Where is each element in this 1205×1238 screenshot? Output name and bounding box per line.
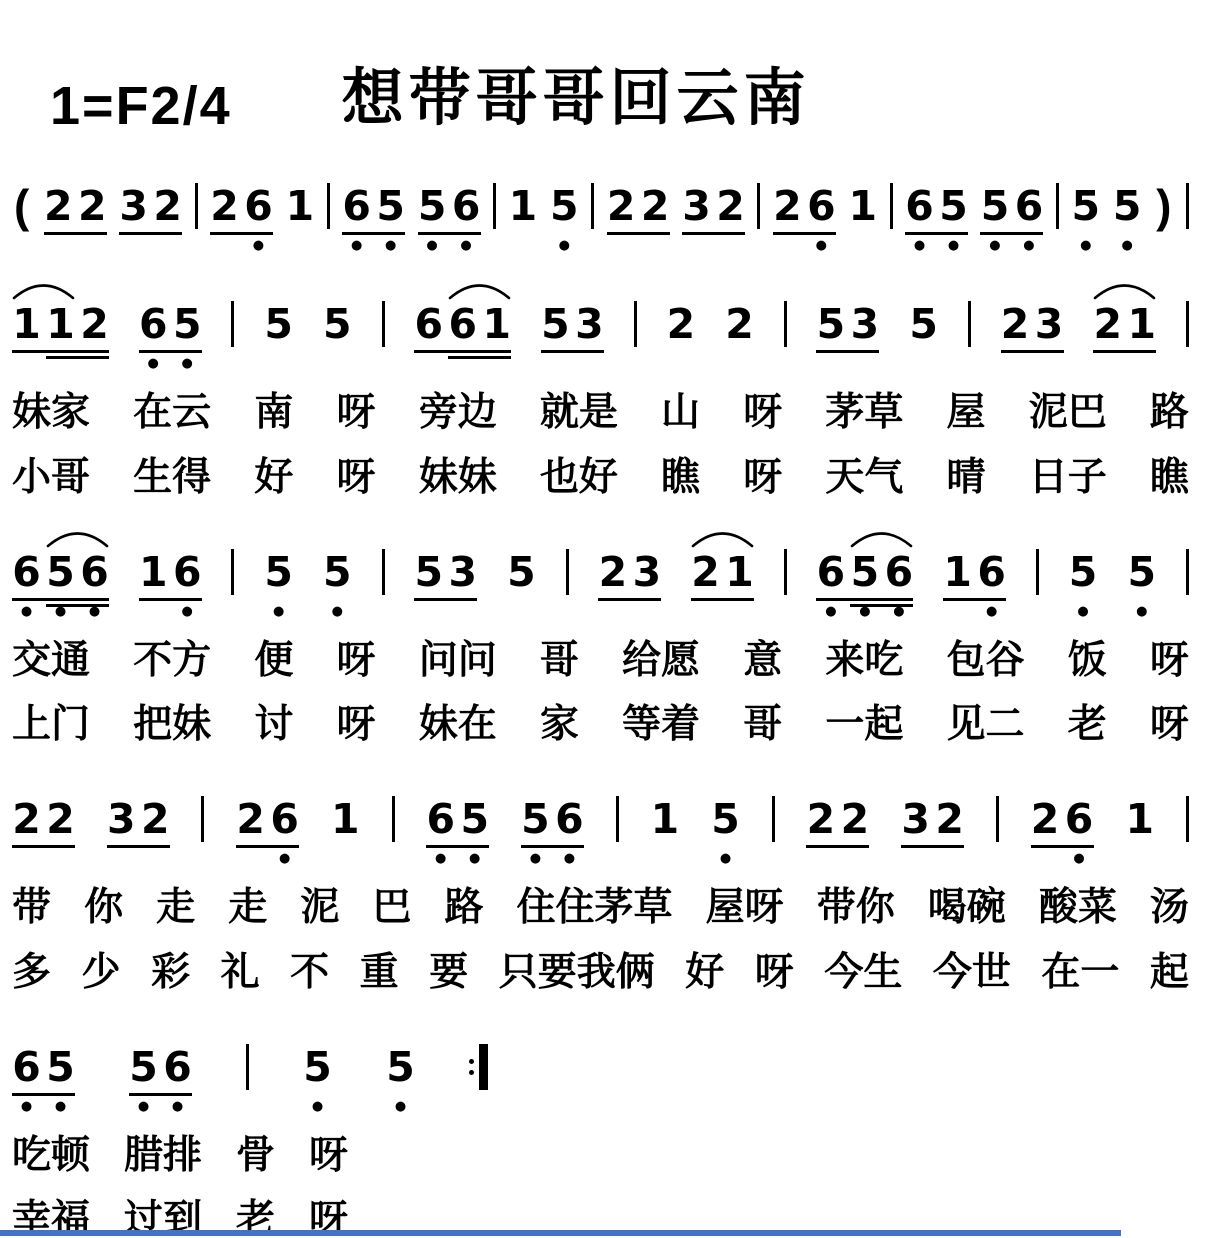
- lyric-word: 问问: [419, 637, 497, 686]
- note-digit: 3: [1035, 301, 1064, 347]
- note-digit: 5●: [386, 1044, 415, 1090]
- beam-underline: [44, 232, 107, 235]
- lyric-line: 多少彩礼不重要只要我俩好呀今生今世在一起: [12, 949, 1189, 998]
- slur-arc: [691, 529, 754, 549]
- lyric-word: 吃顿: [12, 1132, 90, 1181]
- note-digit: 6●: [555, 796, 584, 842]
- lyric-word: 你: [84, 884, 123, 933]
- barline: [566, 549, 569, 595]
- note-digit: 5●: [323, 549, 352, 595]
- lyric-word: 山: [661, 389, 700, 438]
- note-digit: 1: [650, 796, 679, 842]
- note-group: 26●: [236, 796, 299, 842]
- beam-underline: [129, 1093, 192, 1096]
- octave-dot: ●: [264, 605, 293, 618]
- lyric-word: 见二: [947, 701, 1025, 750]
- barline: [201, 796, 204, 842]
- beam-underline: [12, 845, 75, 848]
- lyric-word: 走: [156, 884, 195, 933]
- lyric-word: 来吃: [825, 637, 903, 686]
- octave-dot: ●: [173, 605, 202, 618]
- slur-arc: [46, 529, 109, 549]
- lyric-word: 小哥: [12, 454, 90, 503]
- music-line: 6●5●6●16●5●5●53523216●5●6●16●5●5●: [12, 549, 1189, 621]
- note-group: 5●6●: [129, 1044, 192, 1090]
- lyric-word: 呀: [337, 454, 376, 503]
- note-group: 26●: [1031, 796, 1094, 842]
- open-paren: (: [12, 183, 31, 229]
- octave-dot: ●: [1065, 852, 1094, 865]
- note-digit: 5●: [303, 1044, 332, 1090]
- lyric-word: 酸菜: [1039, 884, 1117, 933]
- lyric-word: 带你: [817, 884, 895, 933]
- close-paren: ): [1154, 183, 1173, 229]
- lyric-word: 哥: [743, 701, 782, 750]
- note-group: 1: [1125, 796, 1154, 842]
- music-line: (223226●16●5●5●6●15●223226●16●5●5●6●5●5●…: [12, 183, 1189, 255]
- note-group: 5: [507, 549, 536, 595]
- note-group: 5●: [386, 1044, 415, 1090]
- note-group: 6●5●6●: [12, 549, 109, 595]
- barline: [493, 183, 496, 229]
- note-digit: 5●: [46, 549, 75, 595]
- lyric-word: 一起: [825, 701, 903, 750]
- lyric-word: 泥: [300, 884, 339, 933]
- note-group: 1: [331, 796, 360, 842]
- beam-underline: [139, 598, 202, 601]
- barline: [1186, 183, 1189, 229]
- note-group: 22: [806, 796, 869, 842]
- note-digit: 2: [44, 183, 73, 229]
- lyric-word: 屋: [947, 389, 986, 438]
- note-digit: 5●: [264, 549, 293, 595]
- octave-dot: ●: [303, 1100, 332, 1113]
- note-group: 53: [414, 549, 477, 595]
- beam-underline: [816, 350, 879, 353]
- lyric-word: 汤: [1150, 884, 1189, 933]
- note-digit: 2: [153, 183, 182, 229]
- note-digit: 5●: [850, 549, 879, 595]
- beam-underline-2: [46, 356, 109, 359]
- note-digit: 2: [80, 301, 109, 347]
- lyric-line: 吃顿腊排骨呀: [12, 1132, 1189, 1181]
- note-digit: 3: [448, 549, 477, 595]
- note-digit: 5●: [980, 183, 1009, 229]
- lyric-word: 今生: [824, 949, 902, 998]
- barline: [616, 796, 619, 842]
- lyric-word: 便: [254, 637, 293, 686]
- note-digit: 5●: [939, 183, 968, 229]
- lyric-word: 多: [12, 949, 51, 998]
- note-group: 2: [666, 301, 695, 347]
- beam-underline: [418, 232, 481, 235]
- note-digit: 1: [12, 301, 41, 347]
- note-digit: 5: [414, 549, 443, 595]
- note-digit: 2: [773, 183, 802, 229]
- note-digit: 2: [236, 796, 265, 842]
- lyric-word: 呀: [337, 701, 376, 750]
- lyric-word: 带: [12, 884, 51, 933]
- barline: [382, 301, 385, 347]
- beam-underline: [12, 598, 109, 601]
- lyric-word: 只要我俩: [499, 949, 655, 998]
- note-group: 32: [901, 796, 964, 842]
- note-group: 5●: [550, 183, 579, 229]
- beam-underline-2: [850, 604, 913, 607]
- octave-dot: ●: [711, 852, 740, 865]
- beam-underline: [943, 598, 1006, 601]
- note-digit: 5: [909, 301, 938, 347]
- beam-underline: [12, 1093, 75, 1096]
- note-group: 2: [725, 301, 754, 347]
- lyric-word: 旁边: [419, 389, 497, 438]
- barline: [772, 796, 775, 842]
- octave-dot: ●: [342, 239, 371, 252]
- lyric-word: 家: [540, 701, 579, 750]
- note-digit: 6●: [244, 183, 273, 229]
- lyric-word: 呀: [743, 454, 782, 503]
- note-digit: 5●: [1071, 183, 1100, 229]
- note-group: 5●: [303, 1044, 332, 1090]
- barline: [1036, 549, 1039, 595]
- note-digit: 2: [935, 796, 964, 842]
- octave-dot: ●: [555, 852, 584, 865]
- note-group: 5●: [1113, 183, 1142, 229]
- music-line: 223226●16●5●5●6●15●223226●1: [12, 796, 1189, 868]
- note-digit: 3: [632, 549, 661, 595]
- note-group: 1: [285, 183, 314, 229]
- beam-underline: [426, 845, 489, 848]
- lyric-word: 瞧: [1150, 454, 1189, 503]
- lyric-word: 讨: [254, 701, 293, 750]
- note-group: 112: [12, 301, 109, 347]
- note-digit: 6●: [816, 549, 845, 595]
- barline: [1186, 549, 1189, 595]
- note-group: 5: [323, 301, 352, 347]
- repeat-end-barline: [469, 1044, 488, 1090]
- lyric-word: 少: [82, 949, 121, 998]
- octave-dot: ●: [1069, 605, 1098, 618]
- note-digit: 2: [210, 183, 239, 229]
- barline: [591, 183, 594, 229]
- score-body: (223226●16●5●5●6●15●223226●16●5●5●6●5●5●…: [12, 183, 1189, 1238]
- bottom-divider: [0, 1230, 1121, 1236]
- lyric-word: 天气: [825, 454, 903, 503]
- note-group: 16●: [139, 549, 202, 595]
- barline: [246, 1044, 249, 1090]
- note-group: 22: [607, 183, 670, 229]
- lyric-word: 在一: [1041, 949, 1119, 998]
- note-digit: 6●: [12, 1044, 41, 1090]
- beam-underline: [1031, 845, 1094, 848]
- lyric-word: 交通: [12, 637, 90, 686]
- beam-underline: [12, 350, 109, 353]
- note-digit: 3: [119, 183, 148, 229]
- slur-arc: [448, 281, 511, 301]
- note-digit: 5●: [418, 183, 447, 229]
- lyric-word: 呀: [309, 1132, 348, 1181]
- note-digit: 5●: [711, 796, 740, 842]
- lyric-word: 不方: [133, 637, 211, 686]
- beam-underline-2: [46, 604, 109, 607]
- lyric-word: 好: [254, 454, 293, 503]
- note-digit: 6●: [807, 183, 836, 229]
- note-digit: 2: [725, 301, 754, 347]
- lyric-word: 不: [290, 949, 329, 998]
- octave-dot: ●: [1113, 239, 1142, 252]
- note-digit: 2: [607, 183, 636, 229]
- barline: [195, 183, 198, 229]
- note-digit: 5●: [129, 1044, 158, 1090]
- note-group: 5●: [323, 549, 352, 595]
- barline: [327, 183, 330, 229]
- lyric-word: 瞧: [661, 454, 700, 503]
- note-digit: 2: [141, 796, 170, 842]
- note-group: 5●: [1069, 549, 1098, 595]
- beam-underline: [139, 350, 202, 353]
- lyric-line: 上门把妹讨呀妹在家等着哥一起见二老呀: [12, 701, 1189, 750]
- note-digit: 3: [575, 301, 604, 347]
- lyric-word: 意: [743, 637, 782, 686]
- lyric-word: 彩: [151, 949, 190, 998]
- lyric-word: 给愿: [622, 637, 700, 686]
- note-digit: 1: [943, 549, 972, 595]
- beam-underline: [414, 598, 477, 601]
- note-digit: 6●: [1065, 796, 1094, 842]
- octave-dot: ●: [452, 239, 481, 252]
- lyric-word: 喝碗: [928, 884, 1006, 933]
- note-group: 1: [650, 796, 679, 842]
- note-group: 6●5●: [426, 796, 489, 842]
- barline: [784, 549, 787, 595]
- barline: [392, 796, 395, 842]
- note-digit: 6●: [173, 549, 202, 595]
- lyric-word: 把妹: [133, 701, 211, 750]
- note-digit: 1: [1127, 301, 1156, 347]
- note-digit: 1: [331, 796, 360, 842]
- note-digit: 2: [1093, 301, 1122, 347]
- note-group: 5: [264, 301, 293, 347]
- note-digit: 5: [816, 301, 845, 347]
- note-group: 5●6●: [521, 796, 584, 842]
- octave-dot: ●: [386, 1100, 415, 1113]
- note-digit: 6: [414, 301, 443, 347]
- beam-underline: [806, 845, 869, 848]
- note-digit: 6: [448, 301, 477, 347]
- lyric-word: 妹在: [419, 701, 497, 750]
- music-line: 6●5●5●6●5●5●: [12, 1044, 1189, 1116]
- beam-underline: [119, 232, 182, 235]
- octave-dot: ●: [139, 357, 168, 370]
- note-digit: 2: [641, 183, 670, 229]
- note-group: 5●: [1071, 183, 1100, 229]
- octave-dot: ●: [939, 239, 968, 252]
- lyric-word: 妹家: [12, 389, 90, 438]
- note-digit: 5●: [173, 301, 202, 347]
- note-group: 21: [1093, 301, 1156, 347]
- note-digit: 6●: [342, 183, 371, 229]
- barline: [231, 301, 234, 347]
- note-digit: 6●: [12, 549, 41, 595]
- beam-underline: [1093, 350, 1156, 353]
- beam-underline: [541, 350, 604, 353]
- beam-underline: [210, 232, 273, 235]
- lyric-word: 礼: [221, 949, 260, 998]
- note-digit: 6●: [139, 301, 168, 347]
- lyric-word: 要: [429, 949, 468, 998]
- lyric-word: 呀: [337, 637, 376, 686]
- note-digit: 2: [1031, 796, 1060, 842]
- note-digit: 1: [1125, 796, 1154, 842]
- note-digit: 1: [848, 183, 877, 229]
- octave-dot: ●: [980, 239, 1009, 252]
- note-group: 5: [909, 301, 938, 347]
- note-digit: 3: [850, 301, 879, 347]
- octave-dot: ●: [12, 1100, 41, 1113]
- beam-underline: [682, 232, 745, 235]
- note-digit: 2: [666, 301, 695, 347]
- note-digit: 6●: [80, 549, 109, 595]
- beam-underline: [236, 845, 299, 848]
- note-digit: 1: [725, 549, 754, 595]
- lyric-word: 等着: [622, 701, 700, 750]
- repeat-dots: [469, 1059, 474, 1075]
- note-digit: 5●: [1069, 549, 1098, 595]
- lyric-word: 呀: [1150, 701, 1189, 750]
- lyric-word: 骨: [236, 1132, 275, 1181]
- beam-underline: [691, 598, 754, 601]
- lyric-word: 路: [1150, 389, 1189, 438]
- note-group: 6●5●: [905, 183, 968, 229]
- note-group: 23: [1001, 301, 1064, 347]
- note-group: 26●: [773, 183, 836, 229]
- score-header: 1=F2/4 想带哥哥回云南: [12, 48, 1189, 137]
- lyric-word: 今世: [933, 949, 1011, 998]
- note-digit: 1: [46, 301, 75, 347]
- note-group: 53: [541, 301, 604, 347]
- beam-underline: [107, 845, 170, 848]
- lyric-word: 在云: [133, 389, 211, 438]
- beam-underline: [342, 232, 405, 235]
- note-digit: 2: [806, 796, 835, 842]
- note-digit: 5●: [521, 796, 550, 842]
- note-group: 32: [682, 183, 745, 229]
- octave-dot: ●: [376, 239, 405, 252]
- lyric-word: 南: [254, 389, 293, 438]
- note-digit: 5: [507, 549, 536, 595]
- note-digit: 2: [840, 796, 869, 842]
- octave-dot: ●: [521, 852, 550, 865]
- octave-dot: ●: [12, 605, 41, 618]
- lyric-line: 交通不方便呀问问哥给愿意来吃包谷饭呀: [12, 637, 1189, 686]
- note-digit: 3: [107, 796, 136, 842]
- lyric-word: 呀: [1150, 637, 1189, 686]
- lyric-word: 晴: [947, 454, 986, 503]
- note-group: 5●: [264, 549, 293, 595]
- lyric-word: 路: [444, 884, 483, 933]
- slur-arc: [850, 529, 913, 549]
- lyric-word: 屋呀: [706, 884, 784, 933]
- note-digit: 3: [682, 183, 711, 229]
- beam-underline: [1001, 350, 1064, 353]
- slur-arc: [1093, 281, 1156, 301]
- lyric-word: 上门: [12, 701, 90, 750]
- note-group: 5●: [711, 796, 740, 842]
- lyric-word: 泥巴: [1029, 389, 1107, 438]
- note-digit: 1: [482, 301, 511, 347]
- lyric-line: 带你走走泥巴路住住茅草屋呀带你喝碗酸菜汤: [12, 884, 1189, 933]
- note-digit: 3: [901, 796, 930, 842]
- lyric-word: 生得: [133, 454, 211, 503]
- lyric-word: 包谷: [947, 637, 1025, 686]
- octave-dot: ●: [129, 1100, 158, 1113]
- beam-underline: [980, 232, 1043, 235]
- note-digit: 2: [716, 183, 745, 229]
- note-group: 53: [816, 301, 879, 347]
- note-digit: 2: [691, 549, 720, 595]
- note-group: 22: [12, 796, 75, 842]
- lyric-word: 饭: [1068, 637, 1107, 686]
- note-digit: 2: [78, 183, 107, 229]
- octave-dot: ●: [418, 239, 447, 252]
- lyric-word: 呀: [337, 389, 376, 438]
- octave-dot: ●: [163, 1100, 192, 1113]
- lyric-word: 呀: [743, 389, 782, 438]
- note-group: 5●: [1127, 549, 1156, 595]
- beam-underline-2: [448, 356, 511, 359]
- barline: [996, 796, 999, 842]
- lyric-word: 好: [685, 949, 724, 998]
- note-digit: 5●: [376, 183, 405, 229]
- lyric-word: 就是: [540, 389, 618, 438]
- lyric-word: 住住茅草: [517, 884, 673, 933]
- note-digit: 5●: [1113, 183, 1142, 229]
- note-group: 23: [598, 549, 661, 595]
- note-digit: 2: [598, 549, 627, 595]
- note-digit: 5: [323, 301, 352, 347]
- octave-dot: ●: [460, 852, 489, 865]
- lyric-line: 小哥生得好呀妹妹也好瞧呀天气晴日子瞧: [12, 454, 1189, 503]
- note-group: 26●: [210, 183, 273, 229]
- octave-dot: ●: [1014, 239, 1043, 252]
- note-digit: 6●: [977, 549, 1006, 595]
- note-digit: 5: [264, 301, 293, 347]
- octave-dot: ●: [46, 1100, 75, 1113]
- beam-underline: [905, 232, 968, 235]
- beam-underline: [816, 598, 913, 601]
- note-digit: 2: [1001, 301, 1030, 347]
- note-digit: 1: [285, 183, 314, 229]
- note-group: 5●6●: [418, 183, 481, 229]
- octave-dot: ●: [550, 239, 579, 252]
- lyric-word: 重: [360, 949, 399, 998]
- note-group: 6●5●: [139, 301, 202, 347]
- song-title: 想带哥哥回云南: [342, 48, 811, 137]
- barline: [1186, 796, 1189, 842]
- barline: [634, 301, 637, 347]
- note-group: 6●5●: [342, 183, 405, 229]
- note-group: 1: [848, 183, 877, 229]
- barline: [1056, 183, 1059, 229]
- music-line: 1126●5●5566153225352321: [12, 301, 1189, 373]
- octave-dot: ●: [173, 357, 202, 370]
- beam-underline: [521, 845, 584, 848]
- lyric-word: 腊排: [124, 1132, 202, 1181]
- note-digit: 2: [46, 796, 75, 842]
- lyric-word: 茅草: [825, 389, 903, 438]
- repeat-thick-bar: [479, 1044, 488, 1090]
- lyric-word: 哥: [540, 637, 579, 686]
